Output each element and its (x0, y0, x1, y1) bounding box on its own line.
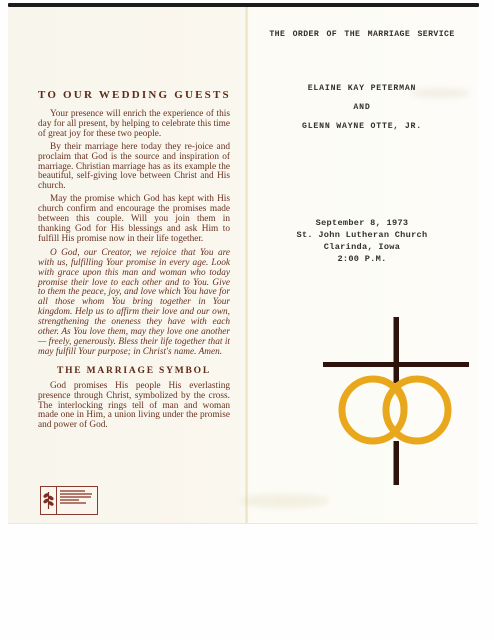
guests-paragraph-1: Your presence will enrich the experience… (38, 110, 230, 140)
program-spread: TO OUR WEDDING GUESTS Your presence will… (8, 7, 478, 523)
leaf-branch-icon (41, 487, 57, 514)
marriage-symbol-text: God promises His people His everlasting … (38, 382, 230, 432)
marriage-symbol-heading: THE MARRIAGE SYMBOL (38, 366, 230, 376)
left-page: TO OUR WEDDING GUESTS Your presence will… (8, 7, 245, 523)
church-city: Clarinda, Iowa (246, 241, 478, 253)
scan-smudge (240, 494, 330, 508)
scan-smudge (410, 88, 470, 98)
guests-paragraph-2: By their marriage here today they re-joi… (38, 143, 230, 193)
wedding-time: 2:00 P.M. (246, 253, 478, 265)
imprint-microtext-lines (57, 487, 97, 514)
scanned-program: TO OUR WEDDING GUESTS Your presence will… (0, 0, 494, 640)
names-conjunction: AND (246, 98, 478, 117)
right-page: THE ORDER OF THE MARRIAGE SERVICE ELAINE… (246, 7, 478, 523)
prayer-paragraph: O God, our Creator, we rejoice that You … (38, 249, 230, 358)
order-of-service-title: THE ORDER OF THE MARRIAGE SERVICE (246, 30, 478, 39)
wedding-guests-heading: TO OUR WEDDING GUESTS (38, 89, 230, 101)
groom-name: GLENN WAYNE OTTE, JR. (246, 117, 478, 136)
church-name: St. John Lutheran Church (246, 229, 478, 241)
guests-paragraph-3: May the promise which God has kept with … (38, 195, 230, 245)
cross-and-rings-icon (316, 315, 476, 493)
wedding-date: September 8, 1973 (246, 217, 478, 229)
date-location-block: September 8, 1973 St. John Lutheran Chur… (246, 217, 478, 265)
printer-imprint-stamp (40, 486, 98, 515)
left-page-text-column: TO OUR WEDDING GUESTS Your presence will… (38, 89, 230, 434)
